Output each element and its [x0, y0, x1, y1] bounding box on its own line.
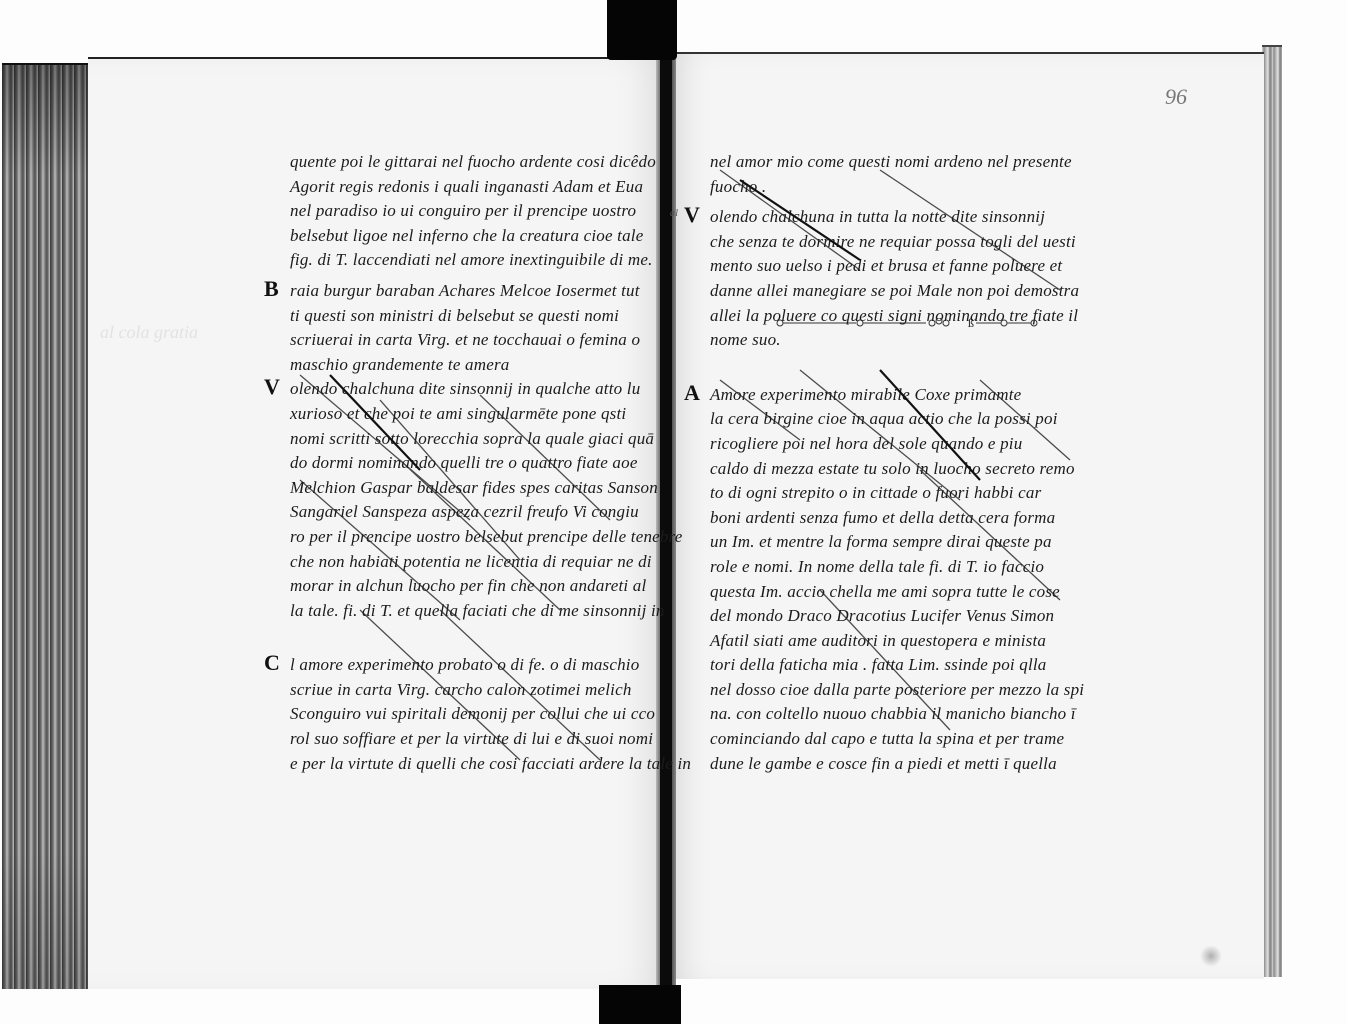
text-line: do dormi nominando quelli tre o quattro …: [290, 451, 691, 476]
text-line: Melchion Gaspar baldesar fides spes cari…: [290, 476, 691, 501]
paragraph: Volendo chalchuna dite sinsonnij in qual…: [290, 377, 691, 623]
text-line: che senza te dormire ne requiar possa to…: [710, 230, 1084, 255]
paragraph: Braia burgur baraban Achares Melcoe Iose…: [290, 279, 691, 377]
text-line: Sangariel Sanspeza aspeza cezril freufo …: [290, 500, 691, 525]
paragraph: Volendo chalchuna in tutta la notte dite…: [710, 205, 1084, 353]
decorative-line-ornament: ß: [776, 318, 1046, 328]
text-line: olendo chalchuna in tutta la notte dite …: [710, 205, 1084, 230]
text-line: na. con coltello nuouo chabbia il manich…: [710, 702, 1084, 727]
bookmark-ribbon-bottom: [599, 985, 681, 1024]
page-stain: [1200, 945, 1222, 967]
text-line: fig. di T. laccendiati nel amore inextin…: [290, 248, 691, 273]
text-line: del mondo Draco Dracotius Lucifer Venus …: [710, 604, 1084, 629]
text-line: Amore experimento mirabile Coxe primamte: [710, 383, 1084, 408]
folio-number: 96: [1165, 84, 1187, 110]
svg-text:ß: ß: [968, 318, 974, 328]
right-page-text: nel amor mio come questi nomi ardeno nel…: [710, 150, 1084, 776]
text-line: che non habiati potentia ne licentia di …: [290, 550, 691, 575]
book-spread: 96 al cola gratia quente poi le gittarai…: [0, 0, 1347, 1024]
text-line: quente poi le gittarai nel fuocho ardent…: [290, 150, 691, 175]
text-line: Sconguiro vui spiritali demonij per coll…: [290, 702, 691, 727]
decorated-initial: B: [264, 277, 279, 302]
bookmark-ribbon-top: [607, 0, 677, 60]
text-line: ro per il prencipe uostro belsebut prenc…: [290, 525, 691, 550]
text-line: danne allei manegiare se poi Male non po…: [710, 279, 1084, 304]
text-line: mento suo uelso i pedi et brusa et fanne…: [710, 254, 1084, 279]
paragraph: AAmore experimento mirabile Coxe primamt…: [710, 383, 1084, 777]
text-line: cominciando dal capo e tutta la spina et…: [710, 727, 1084, 752]
left-fore-edge: [2, 63, 88, 989]
text-line: la tale. fi. di T. et quella faciati che…: [290, 599, 691, 624]
paragraph: nel amor mio come questi nomi ardeno nel…: [710, 150, 1084, 199]
text-line: nomi scritti sotto lorecchia sopra la qu…: [290, 427, 691, 452]
text-line: raia burgur baraban Achares Melcoe Ioser…: [290, 279, 691, 304]
decorated-initial: C: [264, 651, 280, 676]
paragraph: Cl amore experimento probato o di fe. o …: [290, 653, 691, 776]
faint-margin-note: al cola gratia: [100, 322, 198, 343]
right-fore-edge: [1262, 45, 1282, 977]
text-line: to di ogni strepito o in cittade o fuori…: [710, 481, 1084, 506]
text-line: tori della faticha mia . fatta Lim. ssin…: [710, 653, 1084, 678]
decorated-initial: A: [684, 381, 700, 406]
text-line: Agorit regis redonis i quali inganasti A…: [290, 175, 691, 200]
text-line: nome suo.: [710, 328, 1084, 353]
text-line: ricogliere poi nel hora del sole quando …: [710, 432, 1084, 457]
text-line: xurioso et che poi te ami singularmēte p…: [290, 402, 691, 427]
text-line: olendo chalchuna dite sinsonnij in qualc…: [290, 377, 691, 402]
paragraph: quente poi le gittarai nel fuocho ardent…: [290, 150, 691, 273]
text-line: un Im. et mentre la forma sempre dirai q…: [710, 530, 1084, 555]
decorated-initial: V: [684, 203, 700, 228]
text-line: la cera birgine cioe in aqua actio che l…: [710, 407, 1084, 432]
text-line: scriue in carta Virg. carcho calon zotim…: [290, 678, 691, 703]
text-line: fuocho .: [710, 175, 1084, 200]
margin-note: al: [670, 202, 678, 227]
text-line: morar in alchun luocho per fin che non a…: [290, 574, 691, 599]
text-line: l amore experimento probato o di fe. o d…: [290, 653, 691, 678]
text-line: nel dosso cioe dalla parte posteriore pe…: [710, 678, 1084, 703]
text-line: boni ardenti senza fumo et della detta c…: [710, 506, 1084, 531]
text-line: maschio grandemente te amera: [290, 353, 691, 378]
text-line: nel paradiso io ui conguiro per il prenc…: [290, 199, 691, 224]
text-line: caldo di mezza estate tu solo in luocho …: [710, 457, 1084, 482]
decorated-initial: V: [264, 375, 280, 400]
text-line: nel amor mio come questi nomi ardeno nel…: [710, 150, 1084, 175]
text-line: Afatil siati ame auditori in questopera …: [710, 629, 1084, 654]
text-line: belsebut ligoe nel inferno che la creatu…: [290, 224, 691, 249]
text-line: rol suo soffiare et per la virtute di lu…: [290, 727, 691, 752]
text-line: role e nomi. In nome della tale fi. di T…: [710, 555, 1084, 580]
text-line: scriuerai in carta Virg. et ne tocchauai…: [290, 328, 691, 353]
text-line: e per la virtute di quelli che cosi facc…: [290, 752, 691, 777]
left-page-text: quente poi le gittarai nel fuocho ardent…: [290, 150, 691, 776]
text-line: ti questi son ministri di belsebut se qu…: [290, 304, 691, 329]
text-line: dune le gambe e cosce fin a piedi et met…: [710, 752, 1084, 777]
text-line: questa Im. accio chella me ami sopra tut…: [710, 580, 1084, 605]
